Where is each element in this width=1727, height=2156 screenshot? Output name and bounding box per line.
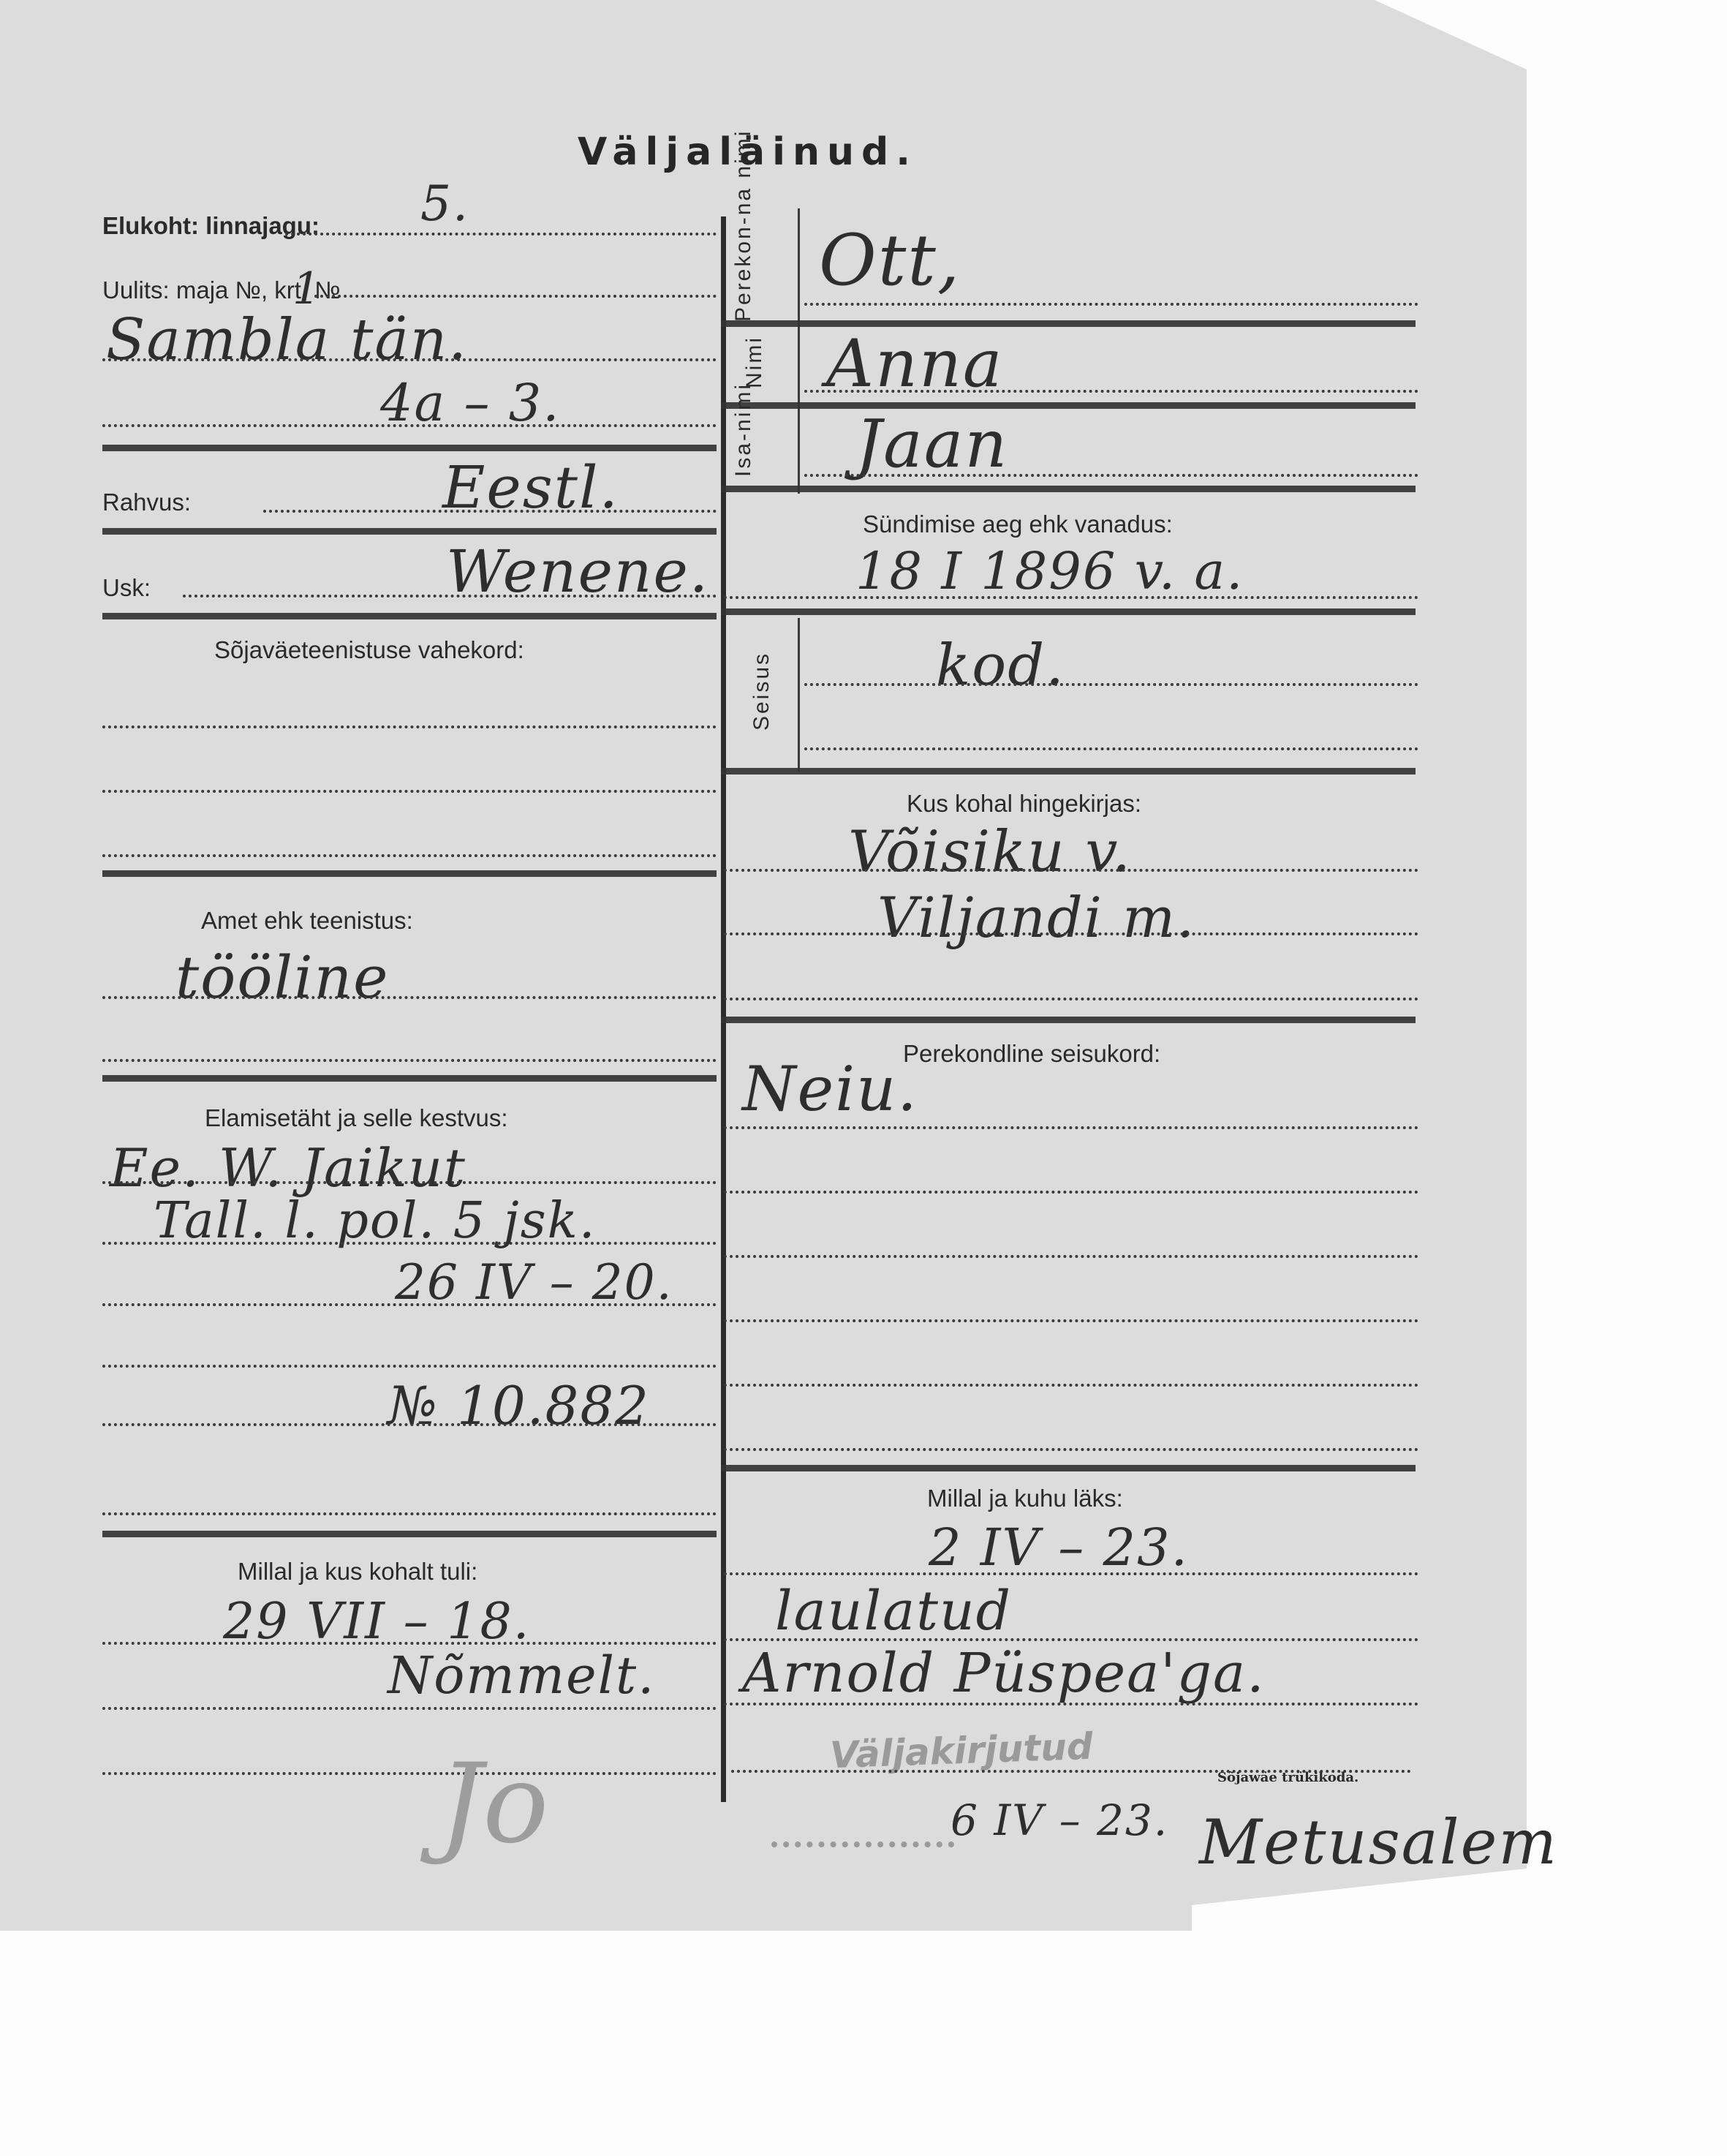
military-line-3 (102, 854, 717, 857)
departure-label: Millal ja kuhu läks: (927, 1485, 1123, 1512)
registry-label: Kus kohal hingekirjas: (907, 790, 1141, 818)
departure-line-1-rule (724, 1572, 1418, 1575)
first-name-line (804, 390, 1418, 393)
divider-nationality (102, 528, 717, 535)
permit-line-1 (102, 1181, 717, 1184)
registry-line-3-rule (724, 998, 1418, 1000)
military-line-2 (102, 790, 717, 793)
printer-mark: Sõjawäe trükikoda. (1217, 1770, 1358, 1785)
divider-family-status (721, 1465, 1416, 1471)
permit-line-6 (102, 1512, 717, 1515)
status-value: kod. (936, 633, 1065, 698)
family-status-label: Perekondline seisukord: (903, 1040, 1160, 1068)
divider-registry (721, 1017, 1416, 1023)
family-status-line-1 (724, 1126, 1418, 1129)
registry-line-2: Viljandi m. (877, 885, 1195, 950)
street-line-1 (314, 295, 717, 298)
family-status-value: Neiu. (742, 1053, 918, 1125)
residence-permit-line-1: Ee. W. Jaikut (110, 1137, 466, 1199)
occupation-label: Amet ehk teenistus: (201, 907, 413, 935)
surname-line (804, 303, 1418, 306)
father-name-value: Jaan (855, 406, 1008, 483)
nationality-label: Rahvus: (102, 489, 191, 516)
registry-line-2-rule (724, 932, 1418, 935)
family-status-line-4 (724, 1319, 1418, 1322)
signature: Metusalem (1199, 1806, 1558, 1878)
religion-line (183, 595, 717, 598)
surname-value: Ott, (819, 219, 961, 301)
arrival-label: Millal ja kus kohalt tuli: (238, 1558, 477, 1586)
name-label-divider (798, 208, 800, 494)
street-line-2 (102, 358, 717, 361)
occupation-line-2 (102, 1059, 717, 1062)
street-line-3 (102, 424, 717, 427)
departure-line-2: laulatud (775, 1580, 1012, 1643)
divider-first-name (721, 402, 1416, 409)
nationality-line (263, 510, 717, 513)
registry-line-1-rule (724, 869, 1418, 872)
residence-line (285, 233, 717, 235)
family-status-line-3 (724, 1255, 1418, 1258)
religion-label: Usk: (102, 574, 151, 602)
residence-label: Elukoht: linnajagu: (102, 212, 320, 240)
arrival-line-3-rule (102, 1772, 717, 1775)
permit-line-4 (102, 1365, 717, 1368)
divider-religion (102, 613, 717, 619)
permit-line-3 (102, 1303, 717, 1306)
birth-label: Sündimise aeg ehk vanadus: (863, 510, 1173, 538)
status-line-1 (804, 683, 1418, 686)
status-label-divider (798, 618, 800, 772)
street-value-1: Sambla tän. (106, 307, 468, 373)
divider-residence (102, 445, 717, 451)
arrival-line-2: Nõmmelt. (388, 1646, 655, 1705)
signature-dotted-line (771, 1842, 954, 1847)
birth-value: 18 I 1896 v. a. (855, 541, 1244, 601)
father-name-label: Isa-nimi (731, 411, 756, 477)
pencil-mark: Jo (439, 1741, 548, 1868)
family-status-line-2 (724, 1191, 1418, 1194)
registry-line-1: Võisiku v. (848, 819, 1132, 885)
father-name-line (804, 474, 1418, 477)
departure-line-3: Arnold Püspea'ga. (742, 1642, 1266, 1705)
divider-permit (102, 1531, 717, 1537)
military-line-1 (102, 725, 717, 728)
divider-occupation (102, 1075, 717, 1082)
permit-line-5 (102, 1423, 717, 1426)
departure-line-2-rule (724, 1638, 1418, 1641)
residence-permit-line-3: 26 IV – 20. (395, 1254, 673, 1311)
residence-permit-line-4: № 10.882 (388, 1375, 650, 1436)
divider-surname (721, 320, 1416, 327)
departure-line-1: 2 IV – 23. (929, 1518, 1189, 1578)
divider-birth (721, 608, 1416, 615)
occupation-value: tööline (175, 943, 390, 1011)
arrival-line-2-rule (102, 1707, 717, 1710)
occupation-line-1 (102, 996, 717, 999)
divider-father-name (721, 486, 1416, 492)
permit-line-2 (102, 1242, 717, 1245)
signature-date: 6 IV – 23. (951, 1795, 1168, 1845)
residence-value: 5. (420, 176, 469, 232)
status-line-2 (804, 747, 1418, 750)
birth-line (724, 596, 1418, 599)
departure-line-3-rule (724, 1703, 1418, 1705)
family-status-line-5 (724, 1384, 1418, 1387)
divider-status (721, 768, 1416, 774)
surname-label: Perekon-na nimi (731, 205, 756, 322)
status-label: Seisus (749, 651, 774, 731)
residence-permit-label: Elamisetäht ja selle kestvus: (205, 1104, 508, 1132)
military-service-label: Sõjaväeteenistuse vahekord: (214, 636, 524, 664)
family-status-line-6 (724, 1448, 1418, 1451)
arrival-line-1-rule (102, 1642, 717, 1645)
center-divider (721, 216, 726, 1802)
divider-military (102, 870, 717, 877)
